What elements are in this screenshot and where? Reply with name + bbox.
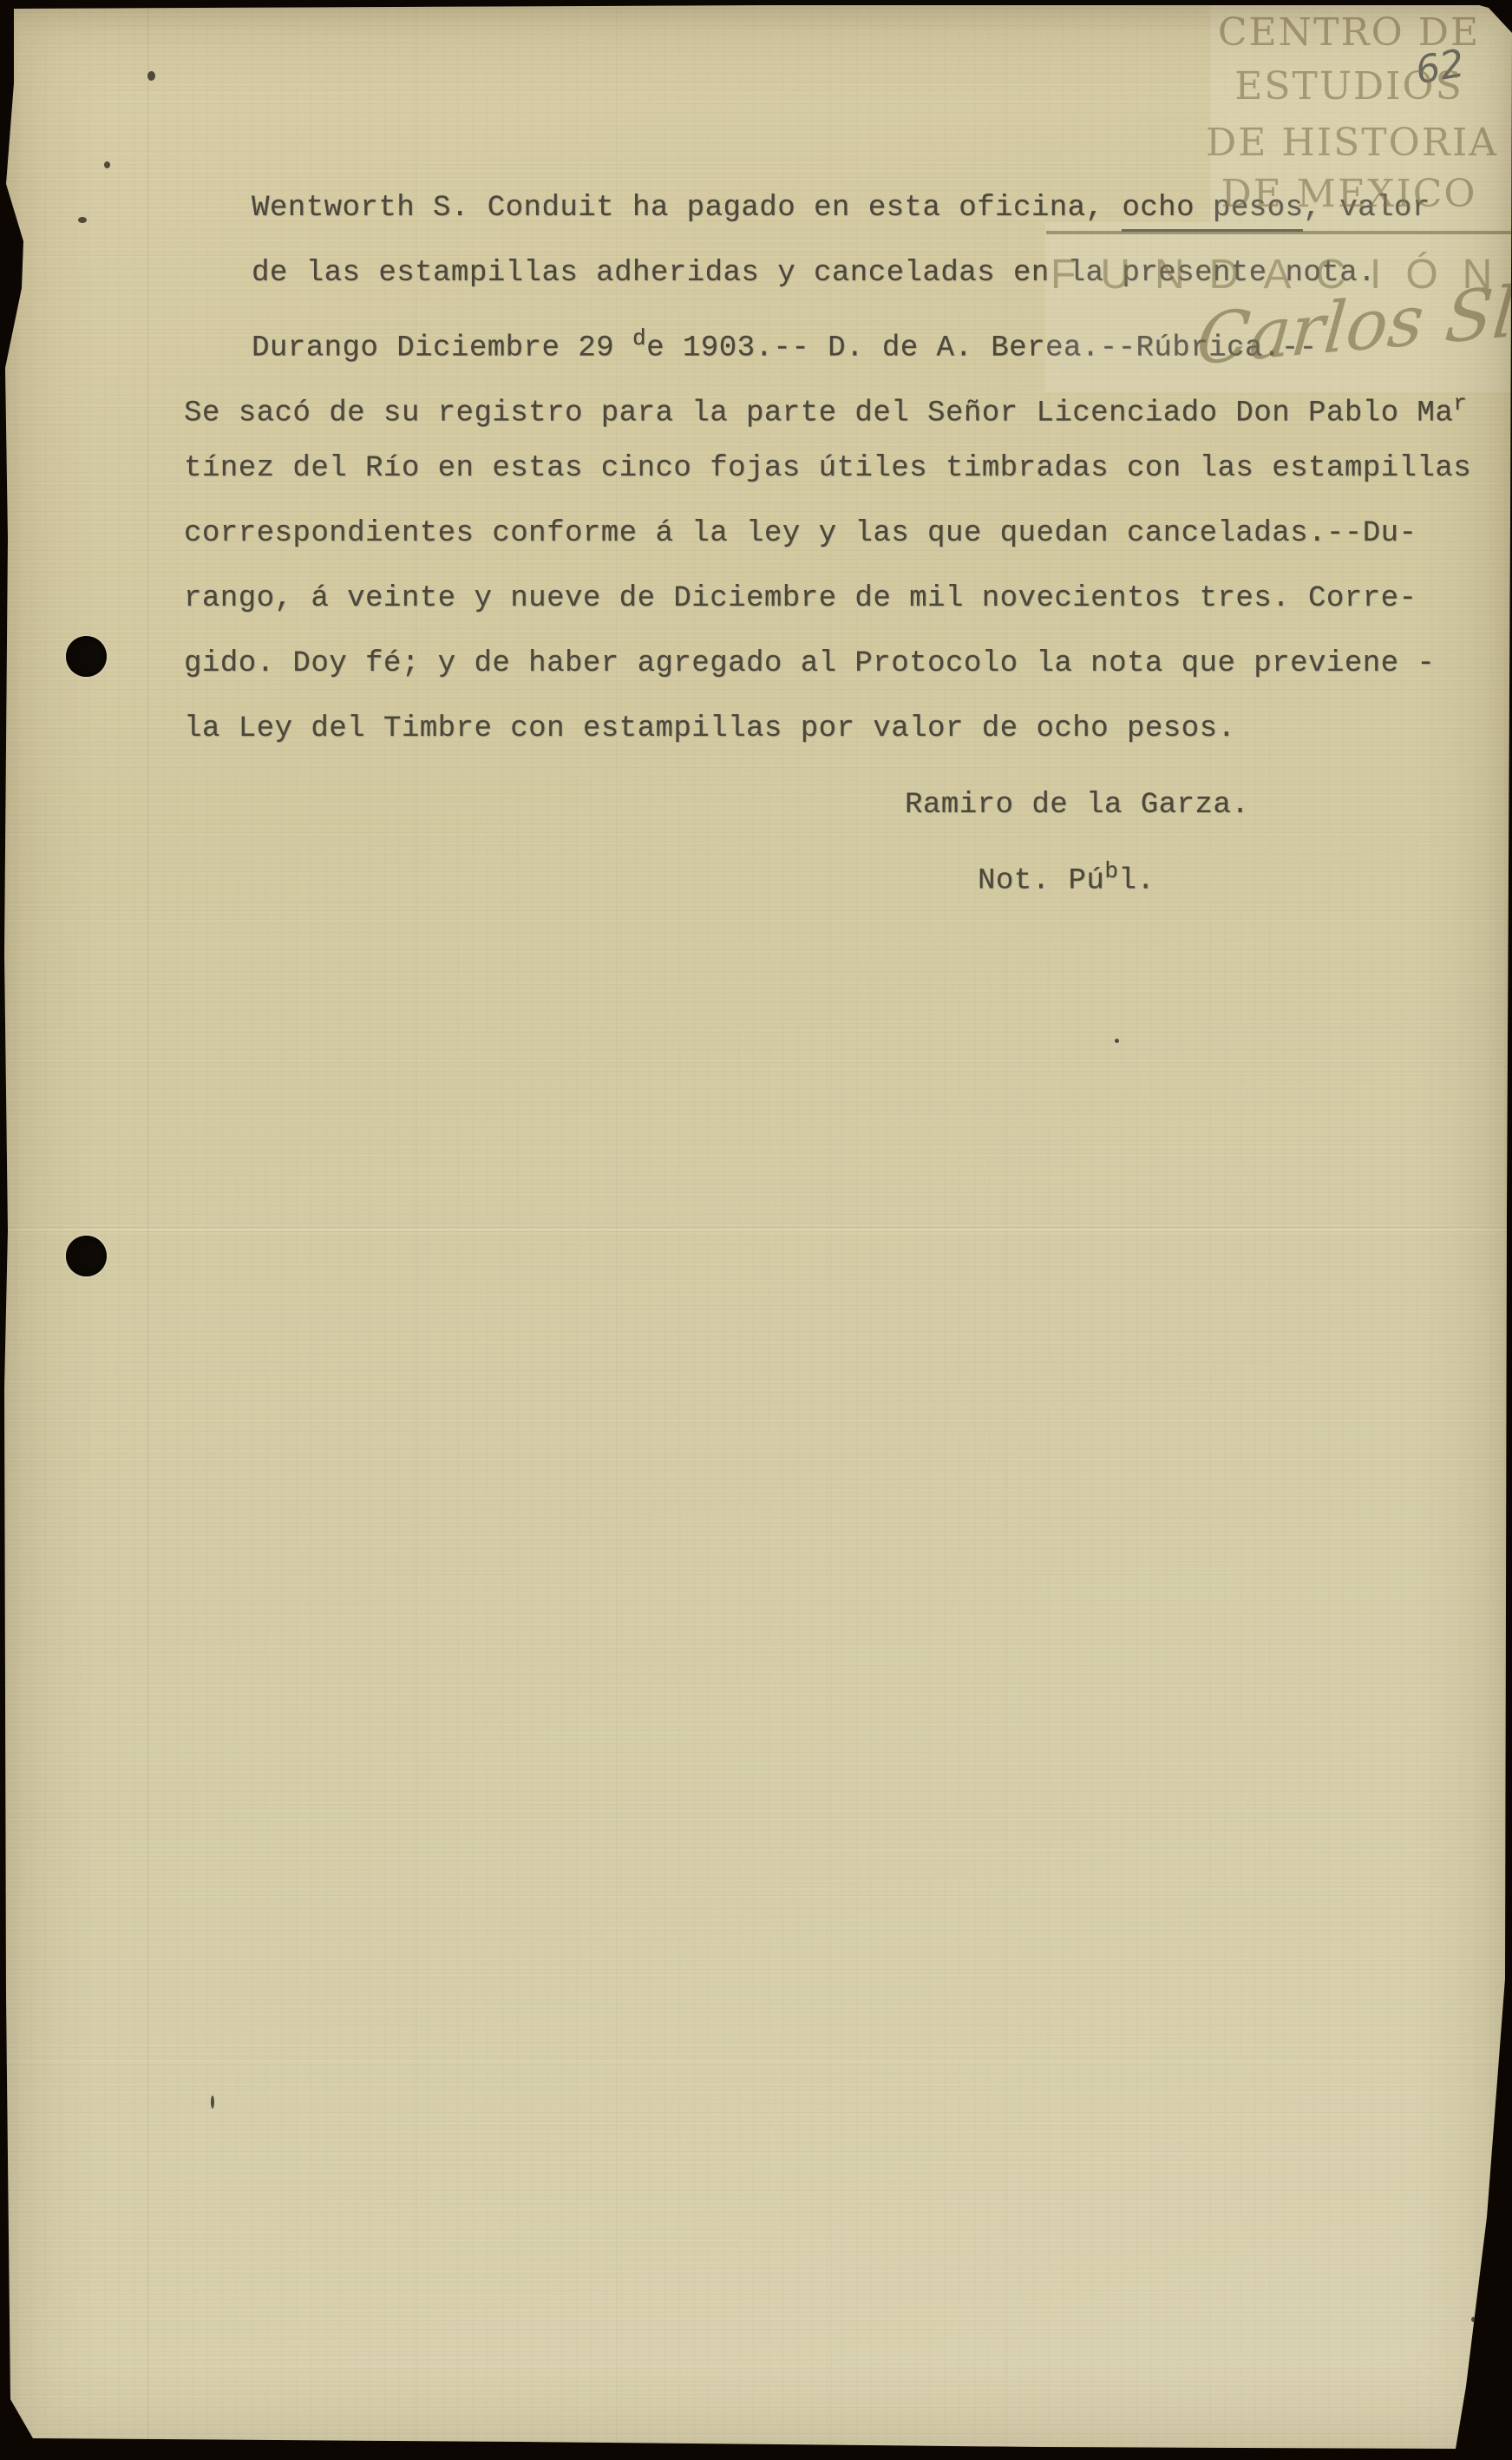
paper-speck [147, 71, 155, 81]
typed-line-1: Wentworth S. Conduit ha pagado en esta o… [252, 191, 1430, 226]
typed-line-8: gido. Doy fé; y de haber agregado al Pro… [184, 646, 1435, 681]
fold-crease-vertical [830, 0, 833, 2460]
paper-speck [211, 2096, 214, 2109]
watermark-line: CENTRO DE [1206, 10, 1492, 55]
watermark-panel [1045, 222, 1512, 392]
paper-speck [104, 161, 110, 168]
raised-letter: r [1453, 390, 1467, 417]
typed-line-5: tínez del Río en estas cinco fojas útile… [184, 451, 1471, 486]
raised-letter: b [1104, 858, 1118, 884]
typed-text: Not. Pú [978, 864, 1104, 897]
watermark-line: DE MEXICO [1206, 172, 1492, 216]
paper-speck [78, 217, 87, 223]
signature-name: Ramiro de la Garza. [905, 788, 1249, 823]
typed-line-9: la Ley del Timbre con estampillas por va… [184, 712, 1235, 746]
typed-text: Se sacó de su registro para la parte del… [184, 397, 1453, 430]
typed-text: Wentworth S. Conduit ha pagado en esta o… [252, 192, 1122, 225]
typed-text: l. [1118, 864, 1155, 897]
typed-text: e 1903.-- D. de A. Berea.--Rúbrica.-- [646, 331, 1317, 364]
typed-text: Durango Diciembre 29 [252, 331, 632, 364]
fold-crease-vertical [416, 0, 419, 2460]
document-page: Wentworth S. Conduit ha pagado en esta o… [0, 0, 1512, 2460]
fold-crease-horizontal [5, 1227, 1507, 1230]
typed-line-6: correspondientes conforme á la ley y las… [184, 516, 1417, 551]
scanned-document: Wentworth S. Conduit ha pagado en esta o… [0, 0, 1512, 2460]
raised-letter: d [632, 325, 646, 351]
typed-line-7: rango, á veinte y nueve de Diciembre de … [184, 581, 1417, 616]
signature-title: Not. Públ. [978, 854, 1155, 898]
fold-crease-vertical [147, 0, 150, 2460]
fold-crease-vertical [616, 0, 619, 2460]
typed-line-4: Se sacó de su registro para la parte del… [184, 386, 1467, 430]
watermark-signature: Carlos Slim [1194, 264, 1512, 381]
underlined-amount: ocho pesos [1122, 192, 1303, 232]
watermark-line: ESTUDIOS [1206, 64, 1492, 108]
handwritten-folio-number: 62 [1412, 42, 1468, 94]
typed-line-2: de las estampillas adheridas y cancelada… [252, 256, 1376, 291]
watermark-foundation: FUNDACIÓN [1051, 251, 1512, 298]
paper-speck [1115, 1039, 1119, 1043]
typed-line-3: Durango Diciembre 29 de 1903.-- D. de A.… [252, 321, 1318, 365]
paper-speck [1471, 2317, 1476, 2322]
punch-hole-bottom [66, 1236, 107, 1276]
watermark-divider [1046, 231, 1512, 234]
punch-hole-top [66, 636, 107, 677]
fold-crease-horizontal [5, 2058, 1507, 2062]
watermark-panel [1210, 0, 1512, 222]
watermark-line: DE HISTORIA [1206, 121, 1492, 165]
typed-text: , valor [1303, 192, 1430, 225]
fold-crease-vertical [1006, 0, 1009, 2460]
paper-speck [1474, 2331, 1477, 2335]
